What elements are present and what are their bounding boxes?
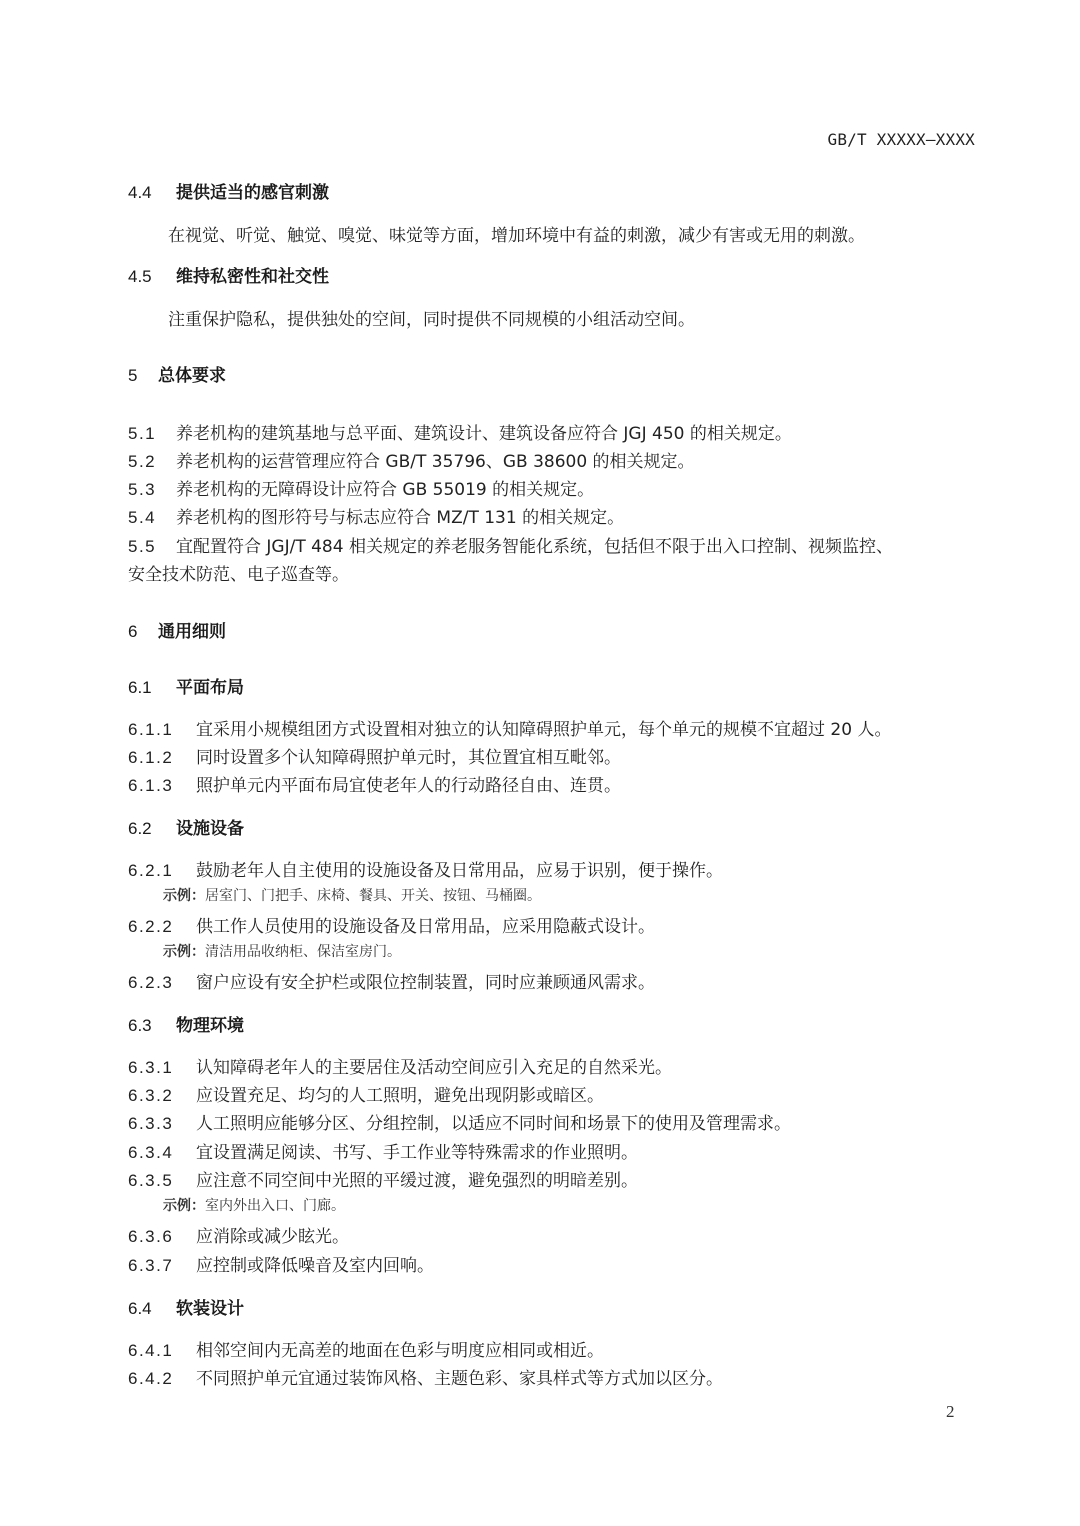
- page-number: 2: [946, 1402, 955, 1422]
- clause-number: 5.5: [128, 537, 176, 557]
- clause-number: 5.2: [128, 452, 176, 472]
- section-body-4-5: 注重保护隐私，提供独处的空间，同时提供不同规模的小组活动空间。: [168, 305, 695, 330]
- section-heading-6-4: 6.4软装设计: [128, 1294, 244, 1319]
- section-title: 提供适当的感官刺激: [176, 183, 329, 203]
- clause-text: 供工作人员使用的设施设备及日常用品，应采用隐蔽式设计。: [196, 917, 655, 937]
- example-6-2-1: 示例：居室门、门把手、床椅、餐具、开关、按钮、马桶圈。: [163, 885, 541, 905]
- clause-number: 6.3.6: [128, 1227, 196, 1247]
- clause-text: 鼓励老年人自主使用的设施设备及日常用品，应易于识别，便于操作。: [196, 861, 723, 881]
- clause-number: 6.3.2: [128, 1086, 196, 1106]
- example-label: 示例：: [163, 888, 205, 904]
- section-heading-4-4: 4.4提供适当的感官刺激: [128, 178, 329, 203]
- clause-6-4-2: 6.4.2不同照护单元宜通过装饰风格、主题色彩、家具样式等方式加以区分。: [128, 1364, 723, 1389]
- section-number: 6.1: [128, 678, 176, 698]
- clause-5-5-continuation: 安全技术防范、电子巡查等。: [128, 560, 349, 585]
- chapter-title: 通用细则: [158, 622, 226, 642]
- clause-number: 5.3: [128, 480, 176, 500]
- section-title: 软装设计: [176, 1299, 244, 1319]
- clause-6-3-6: 6.3.6应消除或减少眩光。: [128, 1222, 349, 1247]
- clause-6-1-1: 6.1.1宜采用小规模组团方式设置相对独立的认知障碍照护单元，每个单元的规模不宜…: [128, 715, 891, 740]
- clause-number: 6.4.2: [128, 1369, 196, 1389]
- clause-text: 照护单元内平面布局宜使老年人的行动路径自由、连贯。: [196, 776, 621, 796]
- clause-text: 养老机构的运营管理应符合 GB/T 35796、GB 38600 的相关规定。: [176, 452, 695, 472]
- clause-6-2-3: 6.2.3窗户应设有安全护栏或限位控制装置，同时应兼顾通风需求。: [128, 968, 655, 993]
- clause-number: 6.1.2: [128, 748, 196, 768]
- document-code-header: GB/T XXXXX—XXXX: [828, 130, 976, 149]
- clause-text: 宜配置符合 JGJ/T 484 相关规定的养老服务智能化系统，包括但不限于出入口…: [176, 537, 893, 557]
- clause-number: 6.2.3: [128, 973, 196, 993]
- example-text: 居室门、门把手、床椅、餐具、开关、按钮、马桶圈。: [205, 888, 541, 904]
- section-heading-4-5: 4.5维持私密性和社交性: [128, 262, 329, 287]
- clause-number: 6.3.3: [128, 1114, 196, 1134]
- clause-number: 6.3.1: [128, 1058, 196, 1078]
- clause-5-5: 5.5宜配置符合 JGJ/T 484 相关规定的养老服务智能化系统，包括但不限于…: [128, 532, 893, 557]
- chapter-heading-5: 5总体要求: [128, 361, 226, 386]
- clause-number: 5.1: [128, 424, 176, 444]
- example-6-3-5: 示例：室内外出入口、门廊。: [163, 1195, 345, 1215]
- clause-text: 应设置充足、均匀的人工照明，避免出现阴影或暗区。: [196, 1086, 604, 1106]
- clause-6-3-2: 6.3.2应设置充足、均匀的人工照明，避免出现阴影或暗区。: [128, 1081, 604, 1106]
- clause-text: 同时设置多个认知障碍照护单元时，其位置宜相互毗邻。: [196, 748, 621, 768]
- clause-6-2-2: 6.2.2供工作人员使用的设施设备及日常用品，应采用隐蔽式设计。: [128, 912, 655, 937]
- example-text: 室内外出入口、门廊。: [205, 1198, 345, 1214]
- clause-number: 6.4.1: [128, 1341, 196, 1361]
- example-label: 示例：: [163, 944, 205, 960]
- section-title: 平面布局: [176, 678, 244, 698]
- clause-text: 窗户应设有安全护栏或限位控制装置，同时应兼顾通风需求。: [196, 973, 655, 993]
- section-number: 6.2: [128, 819, 176, 839]
- clause-number: 6.3.4: [128, 1143, 196, 1163]
- section-title: 维持私密性和社交性: [176, 267, 329, 287]
- section-heading-6-2: 6.2设施设备: [128, 814, 244, 839]
- section-number: 6.3: [128, 1016, 176, 1036]
- clause-number: 6.3.5: [128, 1171, 196, 1191]
- section-number: 4.4: [128, 183, 176, 203]
- clause-6-1-3: 6.1.3照护单元内平面布局宜使老年人的行动路径自由、连贯。: [128, 771, 621, 796]
- example-6-2-2: 示例：清洁用品收纳柜、保洁室房门。: [163, 941, 401, 961]
- chapter-number: 5: [128, 366, 158, 386]
- clause-text: 认知障碍老年人的主要居住及活动空间应引入充足的自然采光。: [196, 1058, 672, 1078]
- clause-number: 6.2.2: [128, 917, 196, 937]
- clause-number: 6.1.3: [128, 776, 196, 796]
- clause-5-2: 5.2养老机构的运营管理应符合 GB/T 35796、GB 38600 的相关规…: [128, 447, 695, 472]
- section-title: 设施设备: [176, 819, 244, 839]
- clause-text: 养老机构的建筑基地与总平面、建筑设计、建筑设备应符合 JGJ 450 的相关规定…: [176, 424, 792, 444]
- clause-text: 宜设置满足阅读、书写、手工作业等特殊需求的作业照明。: [196, 1143, 638, 1163]
- clause-6-2-1: 6.2.1鼓励老年人自主使用的设施设备及日常用品，应易于识别，便于操作。: [128, 856, 723, 881]
- clause-number: 6.1.1: [128, 720, 196, 740]
- clause-number: 6.3.7: [128, 1256, 196, 1276]
- clause-text: 养老机构的无障碍设计应符合 GB 55019 的相关规定。: [176, 480, 594, 500]
- clause-text: 不同照护单元宜通过装饰风格、主题色彩、家具样式等方式加以区分。: [196, 1369, 723, 1389]
- section-heading-6-3: 6.3物理环境: [128, 1011, 244, 1036]
- section-title: 物理环境: [176, 1016, 244, 1036]
- clause-6-1-2: 6.1.2同时设置多个认知障碍照护单元时，其位置宜相互毗邻。: [128, 743, 621, 768]
- chapter-number: 6: [128, 622, 158, 642]
- section-number: 4.5: [128, 267, 176, 287]
- clause-text: 宜采用小规模组团方式设置相对独立的认知障碍照护单元，每个单元的规模不宜超过 20…: [196, 720, 891, 740]
- clause-text: 应注意不同空间中光照的平缓过渡，避免强烈的明暗差别。: [196, 1171, 638, 1191]
- clause-6-3-7: 6.3.7应控制或降低噪音及室内回响。: [128, 1251, 434, 1276]
- section-number: 6.4: [128, 1299, 176, 1319]
- clause-text: 应消除或减少眩光。: [196, 1227, 349, 1247]
- clause-6-4-1: 6.4.1相邻空间内无高差的地面在色彩与明度应相同或相近。: [128, 1336, 604, 1361]
- clause-6-3-5: 6.3.5应注意不同空间中光照的平缓过渡，避免强烈的明暗差别。: [128, 1166, 638, 1191]
- clause-text: 养老机构的图形符号与标志应符合 MZ/T 131 的相关规定。: [176, 508, 624, 528]
- section-body-4-4: 在视觉、听觉、触觉、嗅觉、味觉等方面，增加环境中有益的刺激，减少有害或无用的刺激…: [168, 221, 865, 246]
- chapter-title: 总体要求: [158, 366, 226, 386]
- clause-text: 相邻空间内无高差的地面在色彩与明度应相同或相近。: [196, 1341, 604, 1361]
- clause-number: 6.2.1: [128, 861, 196, 881]
- clause-text: 应控制或降低噪音及室内回响。: [196, 1256, 434, 1276]
- section-heading-6-1: 6.1平面布局: [128, 673, 244, 698]
- chapter-heading-6: 6通用细则: [128, 617, 226, 642]
- clause-6-3-3: 6.3.3人工照明应能够分区、分组控制，以适应不同时间和场景下的使用及管理需求。: [128, 1109, 791, 1134]
- clause-6-3-1: 6.3.1认知障碍老年人的主要居住及活动空间应引入充足的自然采光。: [128, 1053, 672, 1078]
- clause-text: 人工照明应能够分区、分组控制，以适应不同时间和场景下的使用及管理需求。: [196, 1114, 791, 1134]
- clause-5-1: 5.1养老机构的建筑基地与总平面、建筑设计、建筑设备应符合 JGJ 450 的相…: [128, 419, 792, 444]
- clause-6-3-4: 6.3.4宜设置满足阅读、书写、手工作业等特殊需求的作业照明。: [128, 1138, 638, 1163]
- clause-5-4: 5.4养老机构的图形符号与标志应符合 MZ/T 131 的相关规定。: [128, 503, 624, 528]
- clause-number: 5.4: [128, 508, 176, 528]
- clause-5-3: 5.3养老机构的无障碍设计应符合 GB 55019 的相关规定。: [128, 475, 594, 500]
- example-label: 示例：: [163, 1198, 205, 1214]
- example-text: 清洁用品收纳柜、保洁室房门。: [205, 944, 401, 960]
